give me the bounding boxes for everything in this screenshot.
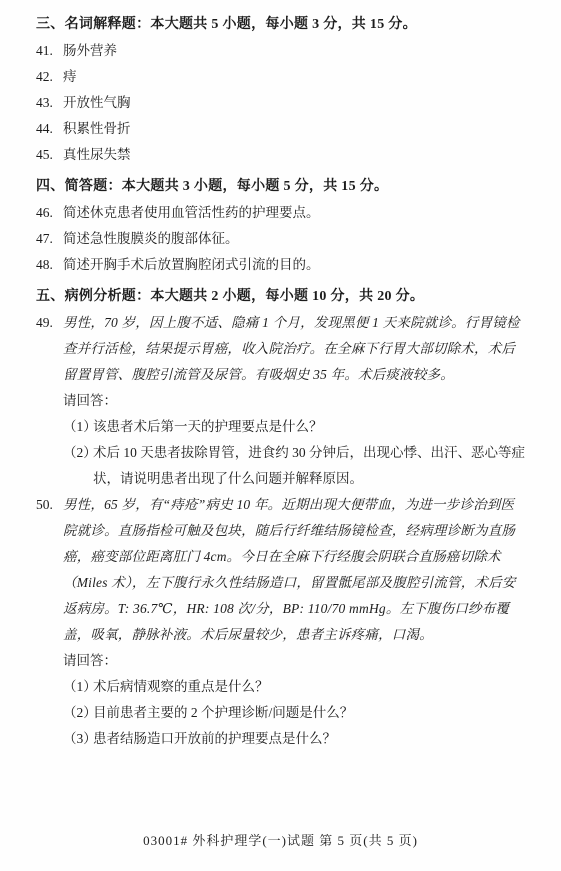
exam-paper-page: 三、名词解释题：本大题共 5 小题，每小题 3 分，共 15 分。 41. 肠外… <box>0 0 561 871</box>
question-41: 41. 肠外营养 <box>36 38 527 64</box>
question-45-number: 45. <box>36 142 63 168</box>
question-50: 50. 男性，65 岁，有“痔疮”病史 10 年。近期出现大便带血，为进一步诊治… <box>36 492 527 752</box>
question-49-subquestion-2-number: （2） <box>63 440 93 466</box>
question-50-subquestion-1-text: 术后病情观察的重点是什么？ <box>93 679 269 694</box>
question-48-text: 简述开胸手术后放置胸腔闭式引流的目的。 <box>63 257 320 272</box>
question-49-subquestion-2: （2） 术后 10 天患者拔除胃管，进食约 30 分钟后，出现心悸、出汗、恶心等… <box>63 440 527 492</box>
question-46-number: 46. <box>36 200 63 226</box>
question-47-number: 47. <box>36 226 63 252</box>
question-49-subquestion-1-number: （1） <box>63 414 93 440</box>
section5-title: 五、病例分析题：本大题共 2 小题，每小题 10 分，共 20 分。 <box>36 284 527 310</box>
question-49: 49. 男性，70 岁，因上腹不适、隐痛 1 个月，发现黑便 1 天来院就诊。行… <box>36 310 527 492</box>
question-50-subquestion-3-text: 患者结肠造口开放前的护理要点是什么？ <box>93 731 336 746</box>
question-50-subquestion-2-text: 目前患者主要的 2 个护理诊断/问题是什么？ <box>93 705 353 720</box>
question-43-number: 43. <box>36 90 63 116</box>
section4-title: 四、简答题：本大题共 3 小题，每小题 5 分，共 15 分。 <box>36 174 527 200</box>
question-43: 43. 开放性气胸 <box>36 90 527 116</box>
question-50-subquestion-1-number: （1） <box>63 674 93 700</box>
question-44-number: 44. <box>36 116 63 142</box>
question-49-number: 49. <box>36 310 63 336</box>
question-49-answer-prompt: 请回答： <box>63 388 527 414</box>
question-48-number: 48. <box>36 252 63 278</box>
question-48: 48. 简述开胸手术后放置胸腔闭式引流的目的。 <box>36 252 527 278</box>
question-46-text: 简述休克患者使用血管活性药的护理要点。 <box>63 205 320 220</box>
question-42-text: 痔 <box>63 69 77 84</box>
question-50-subquestion-3-number: （3） <box>63 726 93 752</box>
question-49-subquestion-1-text: 该患者术后第一天的护理要点是什么？ <box>93 419 323 434</box>
question-50-subquestion-1: （1） 术后病情观察的重点是什么？ <box>63 674 527 700</box>
question-46: 46. 简述休克患者使用血管活性药的护理要点。 <box>36 200 527 226</box>
question-49-subquestion-2-text: 术后 10 天患者拔除胃管，进食约 30 分钟后，出现心悸、出汗、恶心等症状，请… <box>93 445 525 486</box>
question-49-case-description: 男性，70 岁，因上腹不适、隐痛 1 个月，发现黑便 1 天来院就诊。行胃镜检查… <box>63 315 520 382</box>
question-49-subquestion-1: （1） 该患者术后第一天的护理要点是什么？ <box>63 414 527 440</box>
question-42-number: 42. <box>36 64 63 90</box>
question-43-text: 开放性气胸 <box>63 95 131 110</box>
question-41-text: 肠外营养 <box>63 43 117 58</box>
question-50-subquestion-2: （2） 目前患者主要的 2 个护理诊断/问题是什么？ <box>63 700 527 726</box>
question-45-text: 真性尿失禁 <box>63 147 131 162</box>
question-50-case-description: 男性，65 岁，有“痔疮”病史 10 年。近期出现大便带血，为进一步诊治到医院就… <box>63 497 516 642</box>
question-47: 47. 简述急性腹膜炎的腹部体征。 <box>36 226 527 252</box>
question-50-number: 50. <box>36 492 63 518</box>
question-50-answer-prompt: 请回答： <box>63 648 527 674</box>
question-47-text: 简述急性腹膜炎的腹部体征。 <box>63 231 239 246</box>
section3-title: 三、名词解释题：本大题共 5 小题，每小题 3 分，共 15 分。 <box>36 12 527 38</box>
question-50-subquestion-2-number: （2） <box>63 700 93 726</box>
question-44-text: 积累性骨折 <box>63 121 131 136</box>
page-footer: 03001# 外科护理学(一)试题 第 5 页(共 5 页) <box>0 830 561 849</box>
question-41-number: 41. <box>36 38 63 64</box>
question-50-subquestion-3: （3） 患者结肠造口开放前的护理要点是什么？ <box>63 726 527 752</box>
question-42: 42. 痔 <box>36 64 527 90</box>
question-45: 45. 真性尿失禁 <box>36 142 527 168</box>
question-44: 44. 积累性骨折 <box>36 116 527 142</box>
